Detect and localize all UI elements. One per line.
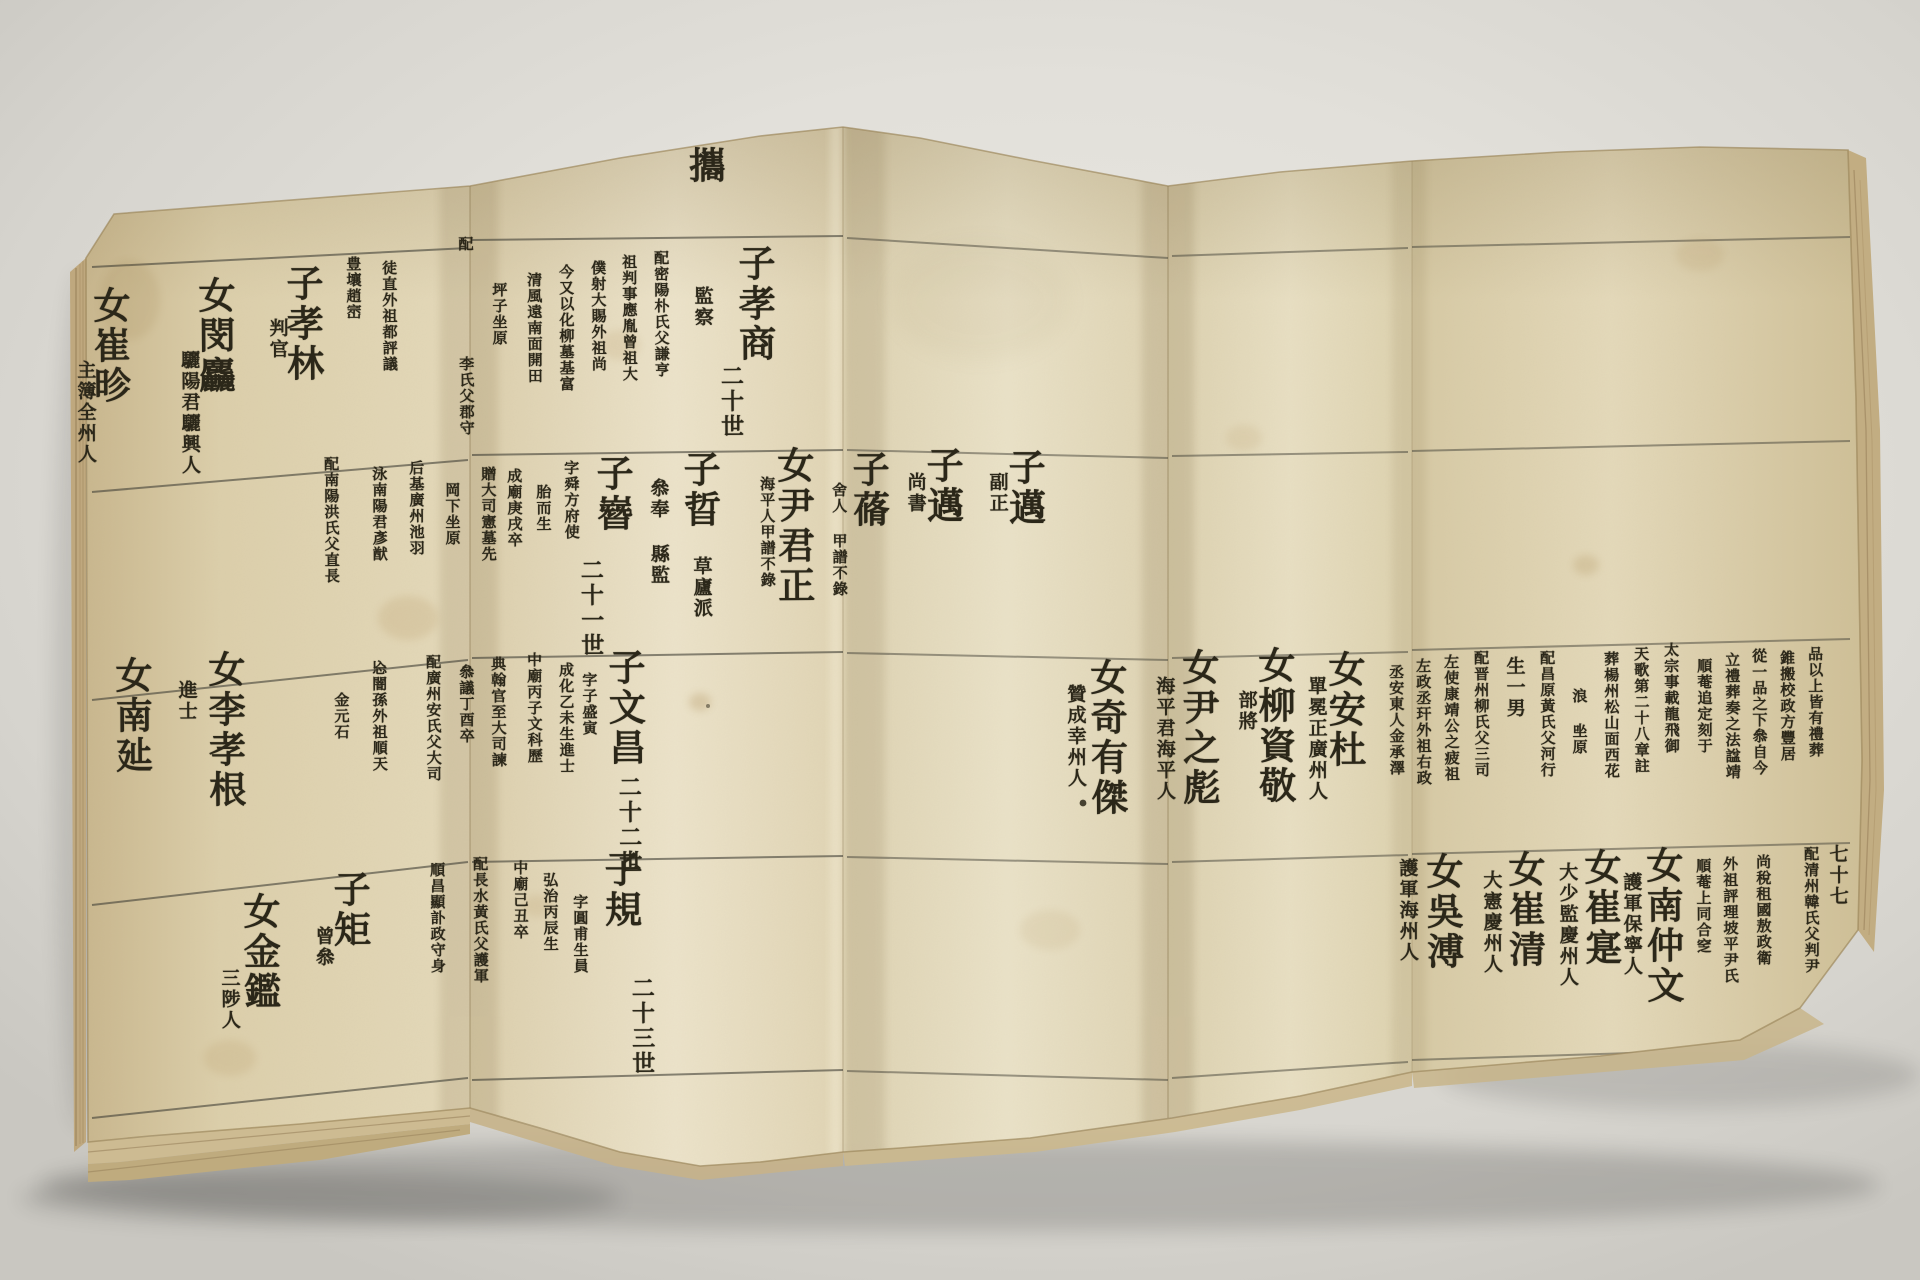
hanja-column: 錐搬校政方豐居 [1778,650,1796,762]
hanja-column: 二十一世 [578,558,603,658]
hanja-column: 中廟丙子文科歷 [525,652,543,764]
hanja-column: 女崔清 [1502,850,1544,970]
hanja-column: 子矩 [327,870,368,950]
hanja-column: 㤀闇孫外祖順天 [370,660,388,772]
hanja-column: 成廟庚戌卒 [505,468,522,548]
hanja-column: 左使康靖公之疲祖 [1442,654,1460,782]
hanja-column: 二十世 [718,364,743,439]
hanja-column: 順菴上同合窆 [1694,858,1712,954]
hanja-column: 女尹之彪 [1176,648,1218,808]
hanja-column: 判官 [266,318,288,360]
hanja-column: 品以上皆有禮葬 [1806,646,1824,758]
hanja-column: 叅議丁酉卒 [457,664,474,744]
hanja-column: 豊壤趙崈 [344,256,361,320]
hanja-column: 配清州韓氏父判尹 [1802,846,1820,974]
hanja-column: 草廬派 [690,556,712,619]
hanja-column: 配晋州柳氏父三司 [1472,650,1490,778]
hanja-column: 生一男 [1503,656,1525,719]
hanja-column: 二十三世 [629,976,654,1076]
hanja-column: 女金鑑 [237,892,279,1012]
hanja-column: 弘治丙辰生 [541,872,558,952]
hanja-column: 今又以化柳墓基富 [557,264,575,392]
hanja-column: 子邁 [1002,448,1043,528]
hanja-column: 配廣州安氏父大司 [424,654,442,782]
hanja-column: 后基廣州池羽 [407,460,425,556]
hanja-column: 女柳資敬 [1252,646,1294,806]
hanja-column: 中廟己丑卒 [511,860,528,940]
hanja-column: 配 [456,236,473,252]
hanja-column: 女南仲文 [1640,846,1682,1006]
hanja-column: 進士 [175,680,197,722]
hanja-column: 胎而生 [534,484,551,532]
hanja-column: 主簿全州人 [74,360,96,465]
hanja-column: 浪 㘴原 [1570,688,1587,755]
hanja-column: 順菴追定刻于 [1695,658,1713,754]
text-columns-layer: 攜女崔昣主簿全州人女閔麤驪陽君驪興人子孝林判官豊壤趙崈徒直外祖都評議配李氏父郡守… [0,0,1920,1280]
hanja-column: 子邁 [920,446,961,526]
hanja-column: 攜 [683,146,724,186]
hanja-column: 徒直外祖都評議 [380,260,398,372]
hanja-column: 大少監慶州人 [1556,862,1578,988]
hanja-column: 女尹君正 [771,446,813,606]
hanja-column: 尚稅租國敖政衛 [1754,854,1772,966]
hanja-column: 子規 [598,850,639,930]
hanja-column: 外祖評理坡平尹氏 [1721,856,1739,984]
hanja-column: 配密陽朴氏父謙亨 [652,250,670,378]
hanja-column: 從一品之下叅自今 [1750,648,1768,776]
hanja-column: 大憲慶州人 [1480,870,1502,975]
hanja-column: 舍人 甲譜不錄 [830,482,848,597]
hanja-column: 丞安東人金承澤 [1387,664,1405,776]
hanja-column: 字圓甫生員 [571,894,588,974]
hanja-column: 太宗事載龍飛御 [1662,642,1680,754]
hanja-column: 左政丞玕外祖右政 [1414,658,1432,786]
hanja-column: 女安杜 [1322,650,1364,770]
hanja-column: 贈大司憲墓先 [479,466,497,562]
hanja-column: 典翰官至大司諫 [489,656,507,768]
hanja-column: 贊成幸州人 [1064,684,1086,789]
hanja-column: 坪子坐原 [490,282,507,346]
hanja-column: 葬楊州松山面西花 [1602,651,1620,779]
hanja-column: 女李孝根 [202,650,244,810]
hanja-column: 立禮葬奏之法諡靖 [1723,652,1741,780]
hanja-column: 字子盛寅 [580,672,597,736]
hanja-column: 天歌第二十八章註 [1632,646,1650,774]
hanja-column: 子嶜 [590,454,631,534]
hanja-column: 子文昌 [602,648,644,768]
hanja-column: 女吳溥 [1420,852,1462,972]
hanja-column: 監察 [691,286,713,328]
hanja-column: 驪陽君驪興人 [178,350,200,476]
hanja-column: 祖判事應胤曾祖大 [620,254,638,382]
hanja-column: 李氏父郡守 [457,356,474,436]
hanja-column: 泳南陽君彥猷 [370,466,388,562]
hanja-column: 子晢 [677,450,718,530]
hanja-column: 岡下坐原 [443,482,460,546]
hanja-column: 叅奉 縣監 [647,478,669,586]
hanja-column: 字舜方府使 [562,460,579,540]
hanja-column: 子蓨 [846,450,887,530]
hanja-column: 女南㢟 [109,656,151,776]
hanja-column: 護軍保寧人 [1620,872,1642,977]
hanja-column: 女崔寔 [1578,848,1620,968]
hanja-column: 配長水黃氏父護軍 [471,856,489,984]
hanja-column: 子孝商 [732,244,774,364]
hanja-column: 七十七 [1826,844,1848,907]
hanja-column: 護軍海州人 [1396,858,1418,963]
hanja-column: 女奇有傑 [1084,658,1126,818]
hanja-column: 清風遠南面開田 [525,272,543,384]
hanja-column: 海平君海平人 [1153,676,1175,802]
hanja-column: 金元石 [332,692,349,740]
hanja-column: 三陟人 [218,968,240,1031]
hanja-column: 成化乙未生進士 [557,662,575,774]
hanja-column: 配南陽洪氏父直長 [322,456,340,584]
hanja-column: 僕射大賜外祖尚 [589,260,607,372]
hanja-column: 順昌顯訃政守身 [428,862,446,974]
photo-of-genealogy-book: 攜女崔昣主簿全州人女閔麤驪陽君驪興人子孝林判官豊壤趙崈徒直外祖都評議配李氏父郡守… [0,0,1920,1280]
hanja-column: 配昌原黃氏父河行 [1538,650,1556,778]
